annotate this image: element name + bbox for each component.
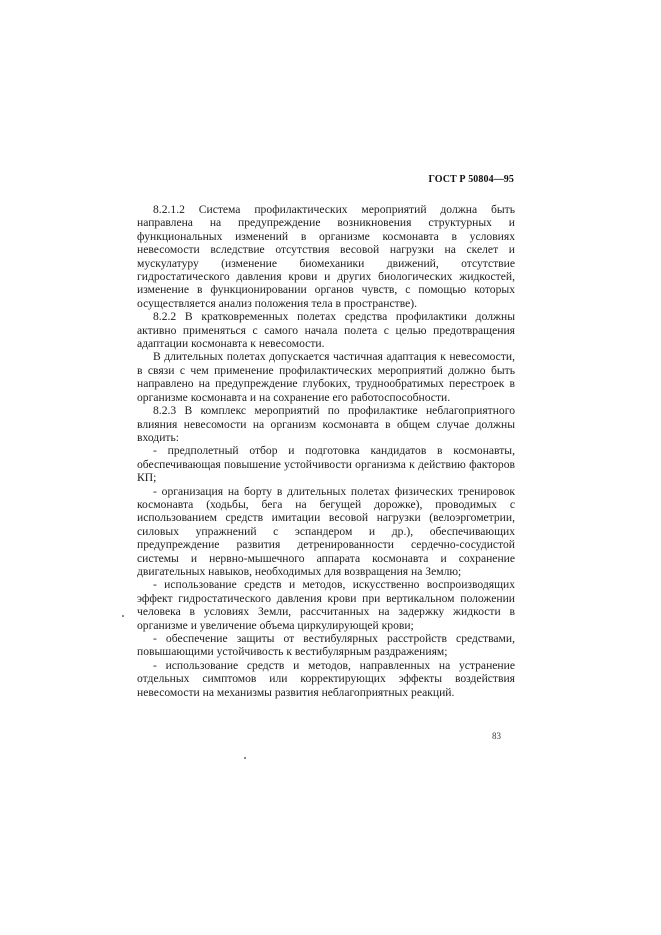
paragraph-8-2-2: 8.2.2 В кратковременных полетах средства… <box>137 310 515 350</box>
list-item-vestibular-protection: - обеспечение защиты от вестибулярных ра… <box>137 632 515 659</box>
page-number: 83 <box>492 731 501 741</box>
document-page: ГОСТ Р 50804—95 8.2.1.2 Система профилак… <box>0 0 661 935</box>
body-text: 8.2.1.2 Система профилактических меропри… <box>137 203 515 699</box>
paragraph-8-2-3: 8.2.3 В комплекс мероприятий по профилак… <box>137 404 515 444</box>
paragraph-long-flights: В длительных полетах допускается частичн… <box>137 350 515 404</box>
list-item-symptom-correction: - использование средств и методов, напра… <box>137 659 515 699</box>
list-item-preflight-selection: - предполетный отбор и подготовка кандид… <box>137 444 515 484</box>
list-item-onboard-training: - организация на борту в длительных поле… <box>137 485 515 579</box>
scan-speck <box>244 757 246 759</box>
list-item-hydrostatic-pressure: - использование средств и методов, искус… <box>137 578 515 632</box>
paragraph-8-2-1-2: 8.2.1.2 Система профилактических меропри… <box>137 203 515 310</box>
standard-header: ГОСТ Р 50804—95 <box>428 174 514 185</box>
scan-speck <box>122 615 124 617</box>
